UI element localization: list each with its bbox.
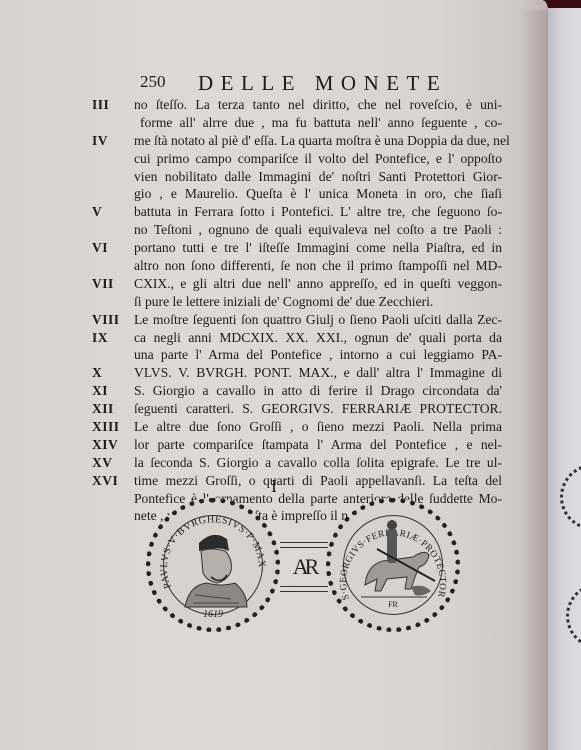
text-line: XIV lor parte compariſce ſtampata l' Arm… <box>92 436 502 454</box>
text-line: cui primo campo compariſce il volto del … <box>92 150 502 168</box>
metal-indicator: AR <box>280 542 328 592</box>
page-number: 250 <box>140 72 166 92</box>
line-text: battuta in Ferrara ſotto i Pontefici. L'… <box>134 203 502 221</box>
pope-bust-icon: PAVLVS·V·BVRGHESIVS·P·MAX· 1619 <box>151 503 275 627</box>
horseman-dragon-icon: S·GEORGIVS·FERRARIÆ·PROTECTOR FR <box>331 503 455 627</box>
text-line: no Teſtoni , ognuno de quali equivaleva … <box>92 221 502 239</box>
line-text: no Teſtoni , ognuno de quali equivaleva … <box>134 221 502 239</box>
margin-numeral: III <box>92 96 134 114</box>
running-title: DELLE MONETE <box>198 71 447 96</box>
coin-obverse: PAVLVS·V·BVRGHESIVS·P·MAX· 1619 <box>146 498 280 632</box>
line-text: Le moſtre ſeguenti ſon quattro Giulj o ſ… <box>134 311 502 329</box>
text-line: forme all' alrre due , ma fu battuta nel… <box>92 114 502 132</box>
line-text: altro non ſono differenti, ſe non che il… <box>134 257 502 275</box>
facing-page-edge <box>548 8 581 750</box>
text-line: gio , e Maurelio. Queſta è l' unica Mone… <box>92 185 502 203</box>
margin-numeral: XIV <box>92 436 134 454</box>
text-line: V battuta in Ferrara ſotto i Pontefici. … <box>92 203 502 221</box>
plate-number: I <box>0 476 548 497</box>
text-line: IV me ſtà notato al piè d' eſſa. La quar… <box>92 132 502 150</box>
metal-label: AR <box>280 554 328 580</box>
margin-numeral: V <box>92 203 134 221</box>
line-text: ſeguenti caratteri. S. GEORGIVS. FERRARI… <box>134 400 502 418</box>
text-line: VI portano tutti e tre l' iſteſſe Immagi… <box>92 239 502 257</box>
page-header: 250 DELLE MONETE <box>140 71 470 93</box>
text-line: X VLVS. V. BVRGH. PONT. MAX., e dall' al… <box>92 364 502 382</box>
line-text: portano tutti e tre l' iſteſſe Immagini … <box>134 239 502 257</box>
line-text: la ſeconda S. Giorgio a cavallo colla ſo… <box>134 454 502 472</box>
line-text: vien nobilitato dalle Immagini de' noſtr… <box>134 168 502 186</box>
line-text: una parte l' Arma del Pontefice , intorn… <box>134 346 502 364</box>
text-line: XIII Le altre due ſono Groſſi , o ſieno … <box>92 418 502 436</box>
margin-numeral: XII <box>92 400 134 418</box>
text-line: altro non ſono differenti, ſe non che il… <box>92 257 502 275</box>
line-text: VLVS. V. BVRGH. PONT. MAX., e dall' altr… <box>134 364 502 382</box>
line-text: me ſtà notato al piè d' eſſa. La quarta … <box>134 132 502 150</box>
margin-numeral: VI <box>92 239 134 257</box>
text-line: XI S. Giorgio a cavallo in atto di ferir… <box>92 382 502 400</box>
text-line: VII CXIX., e gli altri due nell' anno ap… <box>92 275 502 293</box>
margin-numeral: XIII <box>92 418 134 436</box>
line-text: ſi pure le lettere iniziali de' Cognomi … <box>134 293 502 311</box>
body-text: III no ſteſſo. La terza tanto nel diritt… <box>92 96 502 525</box>
line-text: no ſteſſo. La terza tanto nel diritto, c… <box>134 96 502 114</box>
text-line: VIII Le moſtre ſeguenti ſon quattro Giul… <box>92 311 502 329</box>
coin-reverse: S·GEORGIVS·FERRARIÆ·PROTECTOR FR <box>326 498 460 632</box>
line-text: forme all' alrre due , ma fu battuta nel… <box>140 114 502 132</box>
margin-numeral: IX <box>92 329 134 347</box>
line-text: lor parte compariſce ſtampata l' Arma de… <box>134 436 502 454</box>
facing-coin-illustration <box>566 583 581 649</box>
margin-numeral: IV <box>92 132 134 150</box>
page-gutter-shadow <box>520 10 548 750</box>
line-text: CXIX., e gli altri due nell' anno appreſ… <box>134 275 502 293</box>
margin-numeral: X <box>92 364 134 382</box>
text-line: IX ca negli anni MDCXIX. XX. XXI., ognun… <box>92 329 502 347</box>
text-line: una parte l' Arma del Pontefice , intorn… <box>92 346 502 364</box>
reverse-exergue: FR <box>388 600 398 609</box>
line-text: Le altre due ſono Groſſi , o ſieno mezzi… <box>134 418 502 436</box>
book-page: 250 DELLE MONETE III no ſteſſo. La terza… <box>0 0 548 750</box>
obverse-date: 1619 <box>203 609 223 620</box>
line-text: cui primo campo compariſce il volto del … <box>134 150 502 168</box>
text-line: vien nobilitato dalle Immagini de' noſtr… <box>92 168 502 186</box>
line-text: gio , e Maurelio. Queſta è l' unica Mone… <box>134 185 502 203</box>
text-line: III no ſteſſo. La terza tanto nel diritt… <box>92 96 502 114</box>
line-text: S. Giorgio a cavallo in atto di ferire i… <box>134 382 502 400</box>
margin-numeral: VIII <box>92 311 134 329</box>
facing-coin-illustration <box>560 464 581 530</box>
coin-plate: PAVLVS·V·BVRGHESIVS·P·MAX· 1619 AR S·GEO… <box>140 498 470 638</box>
margin-numeral: XI <box>92 382 134 400</box>
text-line: XV la ſeconda S. Giorgio a cavallo colla… <box>92 454 502 472</box>
margin-numeral: VII <box>92 275 134 293</box>
text-line: ſi pure le lettere iniziali de' Cognomi … <box>92 293 502 311</box>
text-line: XII ſeguenti caratteri. S. GEORGIVS. FER… <box>92 400 502 418</box>
margin-numeral: XV <box>92 454 134 472</box>
line-text: ca negli anni MDCXIX. XX. XXI., ognun de… <box>134 329 502 347</box>
